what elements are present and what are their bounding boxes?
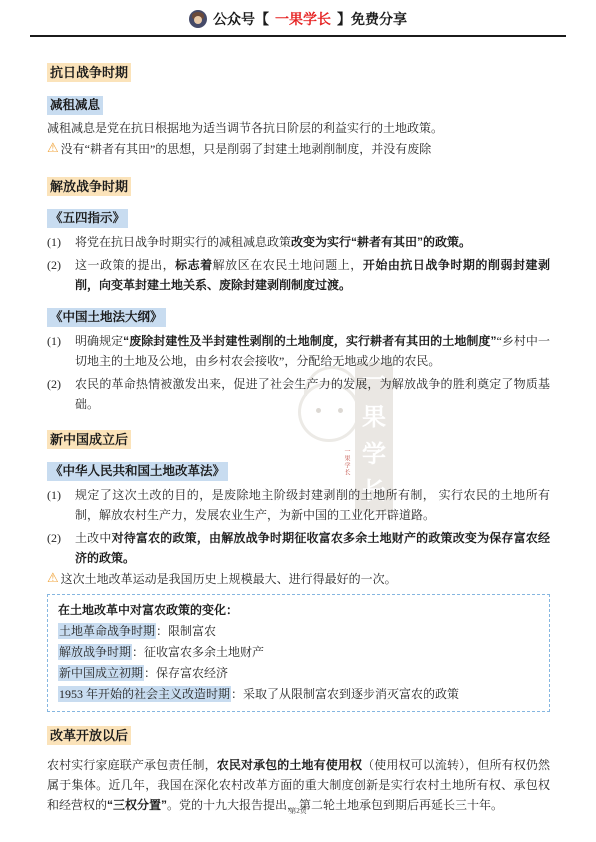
item-text: 将党在抗日战争时期实行的减租减息政策改变为实行“耕者有其田”的政策。 [75, 232, 550, 252]
warning-note: ⚠ 没有“耕者有其田”的思想，只是削弱了封建土地剥削制度，并没有废除 [47, 139, 550, 159]
warning-icon: ⚠ [47, 569, 59, 589]
header-brand-name: 一果学长 [275, 9, 331, 29]
subheading-tudifadagang: 《中国土地法大纲》 [47, 308, 166, 327]
item-number: (1) [47, 485, 75, 525]
paragraph-jianzujianxi: 减租减息是党在抗日根据地为适当调节各抗日阶层的利益实行的土地政策。 [47, 118, 550, 138]
summary-term: 土地革命战争时期 [58, 623, 156, 639]
document-content: 抗日战争时期 减租减息 减租减息是党在抗日根据地为适当调节各抗日阶层的利益实行的… [0, 63, 596, 815]
list-item: (2) 土改中对待富农的政策，由解放战争时期征收富农多余土地财产的政策改变为保存… [47, 528, 550, 568]
summary-desc: ：限制富农 [156, 624, 216, 638]
item-text: 规定了这次土改的目的，是废除地主阶级封建剥削的土地所有制， 实行农民的土地所有制… [75, 485, 550, 525]
list-item: (2) 农民的革命热情被激发出来，促进了社会生产力的发展，为解放战争的胜利奠定了… [47, 374, 550, 414]
subheading-jianzujianxi: 减租减息 [47, 96, 103, 115]
document-page: 一 果 学 长 一果学长 公众号【一果学长】免费分享 抗日战争时期 减租减息 减… [0, 0, 596, 842]
section-heading-jiefang: 解放战争时期 [47, 177, 131, 196]
item-number: (2) [47, 374, 75, 414]
summary-desc: ：采取了从限制富农到逐步消灭富农的政策 [231, 687, 459, 701]
warning-text: 这次土地改革运动是我国历史上规模最大、进行得最好的一次。 [61, 569, 397, 589]
item-number: (1) [47, 232, 75, 252]
page-header: 公众号【一果学长】免费分享 [0, 0, 596, 29]
list-item: (1) 明确规定“废除封建性及半封建性剥削的土地制度，实行耕者有其田的土地制度”… [47, 331, 550, 371]
header-divider [30, 35, 566, 37]
section-heading-gaigekaifang: 改革开放以后 [47, 726, 131, 745]
header-title-suffix: 】免费分享 [337, 9, 407, 29]
summary-desc: ：保存富农经济 [144, 666, 228, 680]
summary-row: 新中国成立初期：保存富农经济 [58, 664, 539, 683]
warning-icon: ⚠ [47, 139, 59, 159]
summary-term: 1953 年开始的社会主义改造时期 [58, 686, 231, 702]
section-heading-xinzhongguo: 新中国成立后 [47, 430, 131, 449]
item-text: 农民的革命热情被激发出来，促进了社会生产力的发展，为解放战争的胜利奠定了物质基础… [75, 374, 550, 414]
list-gaigefa: (1) 规定了这次土改的目的，是废除地主阶级封建剥削的土地所有制， 实行农民的土… [47, 485, 550, 568]
subheading-tudigaigefa: 《中华人民共和国土地改革法》 [47, 462, 228, 481]
item-text: 土改中对待富农的政策，由解放战争时期征收富农多余土地财产的政策改变为保存富农经济… [75, 528, 550, 568]
subheading-wusizhishi: 《五四指示》 [47, 209, 128, 228]
warning-text: 没有“耕者有其田”的思想，只是削弱了封建土地剥削制度，并没有废除 [61, 139, 432, 159]
item-text: 这一政策的提出，标志着解放区在农民土地问题上，开始由抗日战争时期的削弱封建剥削，… [75, 255, 550, 295]
page-number: 第2页 [0, 806, 596, 816]
item-text: 明确规定“废除封建性及半封建性剥削的土地制度，实行耕者有其田的土地制度”“乡村中… [75, 331, 550, 371]
section-heading-kangri: 抗日战争时期 [47, 63, 131, 82]
item-number: (1) [47, 331, 75, 371]
summary-row: 解放战争时期：征收富农多余土地财产 [58, 643, 539, 662]
summary-row: 土地革命战争时期：限制富农 [58, 622, 539, 641]
warning-note: ⚠ 这次土地改革运动是我国历史上规模最大、进行得最好的一次。 [47, 569, 550, 589]
header-title-prefix: 公众号【 [213, 9, 269, 29]
item-number: (2) [47, 255, 75, 295]
summary-box-funong-policy: 在土地改革中对富农政策的变化： 土地革命战争时期：限制富农 解放战争时期：征收富… [47, 594, 550, 712]
list-item: (1) 将党在抗日战争时期实行的减租减息政策改变为实行“耕者有其田”的政策。 [47, 232, 550, 252]
summary-box-title: 在土地改革中对富农政策的变化： [58, 601, 539, 620]
summary-term: 新中国成立初期 [58, 665, 144, 681]
list-item: (1) 规定了这次土改的目的，是废除地主阶级封建剥削的土地所有制， 实行农民的土… [47, 485, 550, 525]
list-wusizhishi: (1) 将党在抗日战争时期实行的减租减息政策改变为实行“耕者有其田”的政策。 (… [47, 232, 550, 295]
list-item: (2) 这一政策的提出，标志着解放区在农民土地问题上，开始由抗日战争时期的削弱封… [47, 255, 550, 295]
summary-row: 1953 年开始的社会主义改造时期：采取了从限制富农到逐步消灭富农的政策 [58, 685, 539, 704]
summary-desc: ：征收富农多余土地财产 [132, 645, 264, 659]
item-number: (2) [47, 528, 75, 568]
brand-avatar-icon [189, 10, 207, 28]
summary-term: 解放战争时期 [58, 644, 132, 660]
list-dagang: (1) 明确规定“废除封建性及半封建性剥削的土地制度，实行耕者有其田的土地制度”… [47, 331, 550, 414]
